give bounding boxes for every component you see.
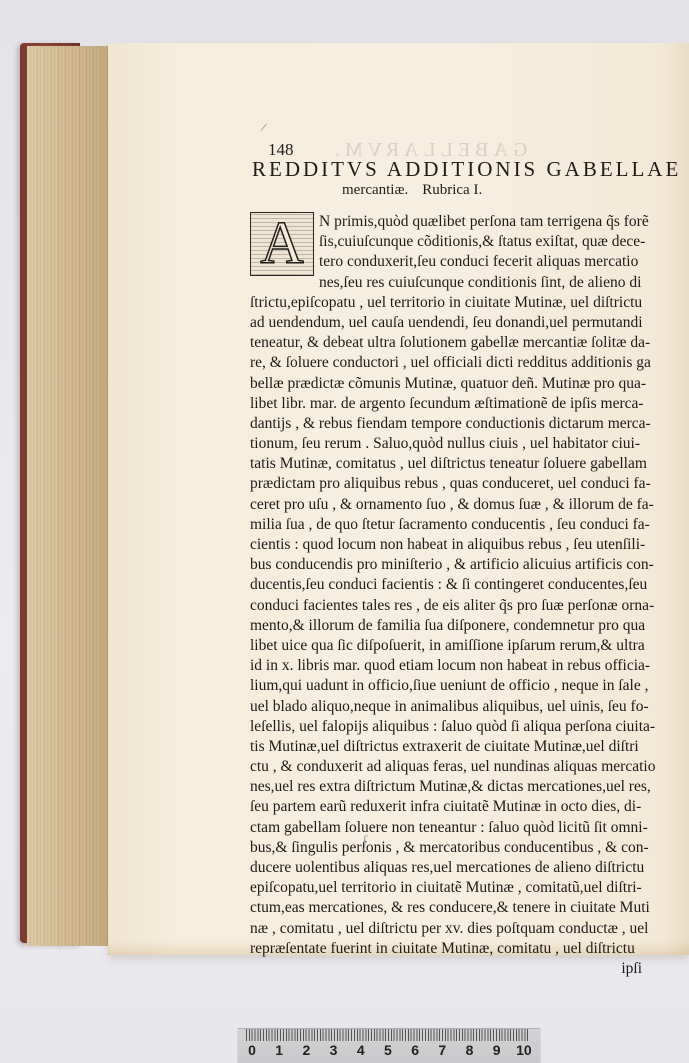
- text-line: epiſcopatu,uel territorio in ciuitatẽ Mu…: [250, 878, 682, 898]
- text-line: leſellis, uel falopijs aliquibus : ſaluo…: [250, 717, 682, 737]
- text-line: bus,& ſingulis perſonis , & mercatoribus…: [250, 838, 682, 858]
- ruler-ticks: [246, 1029, 530, 1041]
- ink-mark: ʃ: [362, 833, 367, 851]
- rubric-subtitle: mercantiæ.Rubrica I.: [342, 182, 496, 199]
- text-line: ducentis,ſeu conduci facientis : & ſi co…: [250, 575, 682, 595]
- text-line: cientis : quod locum non habeat in aliqu…: [250, 535, 682, 555]
- text-line: N primis,quòd quælibet perſona tam terri…: [250, 212, 682, 232]
- text-line: uel blado aliquo,neque in animalibus ali…: [250, 697, 682, 717]
- text-line: ſeu partem earũ reduxerit infra ciuitatẽ…: [250, 797, 682, 817]
- text-line: ctu , & conduxerit ad aliquas feras, uel…: [250, 757, 682, 777]
- text-line: bus conducendis pro miniſterio , & artif…: [250, 555, 682, 575]
- text-line: prædictam pro aliquibus rebus , quas con…: [250, 474, 682, 494]
- ruler-label: 2: [294, 1042, 318, 1058]
- ruler-label: 7: [430, 1042, 454, 1058]
- ruler-label: 3: [322, 1042, 346, 1058]
- text-line: ſis,cuiuſcunque cõditionis,& ſtatus exiſ…: [250, 232, 682, 252]
- text-line: tionum, ſeu rerum . Saluo,quòd nullus ci…: [250, 434, 682, 454]
- ruler-label: 5: [376, 1042, 400, 1058]
- text-line: libet uice qua ſic diſpoſuerit, in amiſſ…: [250, 636, 682, 656]
- ruler-label: 0: [240, 1042, 264, 1058]
- text-line: mento,& illorum de familia ſua diſponere…: [250, 616, 682, 636]
- ruler-label: 8: [458, 1042, 482, 1058]
- body-text: N primis,quòd quælibet perſona tam terri…: [250, 212, 682, 979]
- text-line: lium,qui uadunt in officio,ſiue ueniunt …: [250, 676, 682, 696]
- text-line: nes,uel res extra diſtrictum Mutinæ,& di…: [250, 777, 682, 797]
- text-line: teneatur, & debeat ultra ſolutionem gabe…: [250, 333, 682, 353]
- ruler-label: 1: [267, 1042, 291, 1058]
- text-line: ceret pro uſu , & ornamento ſuo , & domu…: [250, 495, 682, 515]
- ruler-label: 9: [485, 1042, 509, 1058]
- text-line: tis Mutinæ,uel diſtrictus extraxerit de …: [250, 737, 682, 757]
- subtitle-word: mercantiæ.: [342, 182, 408, 198]
- ruler-label: 6: [403, 1042, 427, 1058]
- text-line: ducere uolentibus aliquas res,uel mercat…: [250, 858, 682, 878]
- text-line: repræſentate fuerint in ciuitate Mutinæ,…: [250, 939, 682, 959]
- text-line: re, & ſoluere conductori , uel officiali…: [250, 353, 682, 373]
- text-line: milia ſua , de quo ſtetur ſacramento con…: [250, 515, 682, 535]
- page-edges-stack: [27, 46, 112, 946]
- text-line: ctum,eas mercationes, & res conducere,& …: [250, 898, 682, 918]
- text-line: tatis Mutinæ, comitatus , uel diſtrictus…: [250, 454, 682, 474]
- text-line: libet libr. mar. de argento ſecundum æſt…: [250, 394, 682, 414]
- text-line: tero conduxerit,ſeu conduci fecerit aliq…: [250, 252, 682, 272]
- text-line: næ , comitatu , uel diſtrictu per xv. di…: [250, 919, 682, 939]
- text-line: ctam gabellam ſoluere non teneantur : ſa…: [250, 818, 682, 838]
- text-line: ad uendendum, uel cauſa uendendi, ſeu do…: [250, 313, 682, 333]
- ruler-label: 4: [349, 1042, 373, 1058]
- text-line: dantijs , & rebus fiendam tempore conduc…: [250, 414, 682, 434]
- rubric-number: Rubrica I.: [422, 182, 482, 198]
- scale-ruler: 012345678910: [238, 1028, 540, 1063]
- catchword: ipſi: [250, 959, 682, 979]
- text-line: id in x. libris mar. quod etiam locum no…: [250, 656, 682, 676]
- text-line: conduci facientes tales res , de eis ali…: [250, 596, 682, 616]
- text-line: ſtrictu,epiſcopatu , uel territorio in c…: [250, 293, 682, 313]
- text-line: bellæ prædictæ cõmunis Mutinæ, quatuor d…: [250, 374, 682, 394]
- ruler-label: 10: [512, 1042, 536, 1058]
- rubric-title: REDDITVS ADDITIONIS GABELLAE: [252, 157, 682, 182]
- ruler-labels: 012345678910: [240, 1042, 536, 1058]
- text-line: nes,ſeu res cuiuſcunque conditionis ſint…: [250, 273, 682, 293]
